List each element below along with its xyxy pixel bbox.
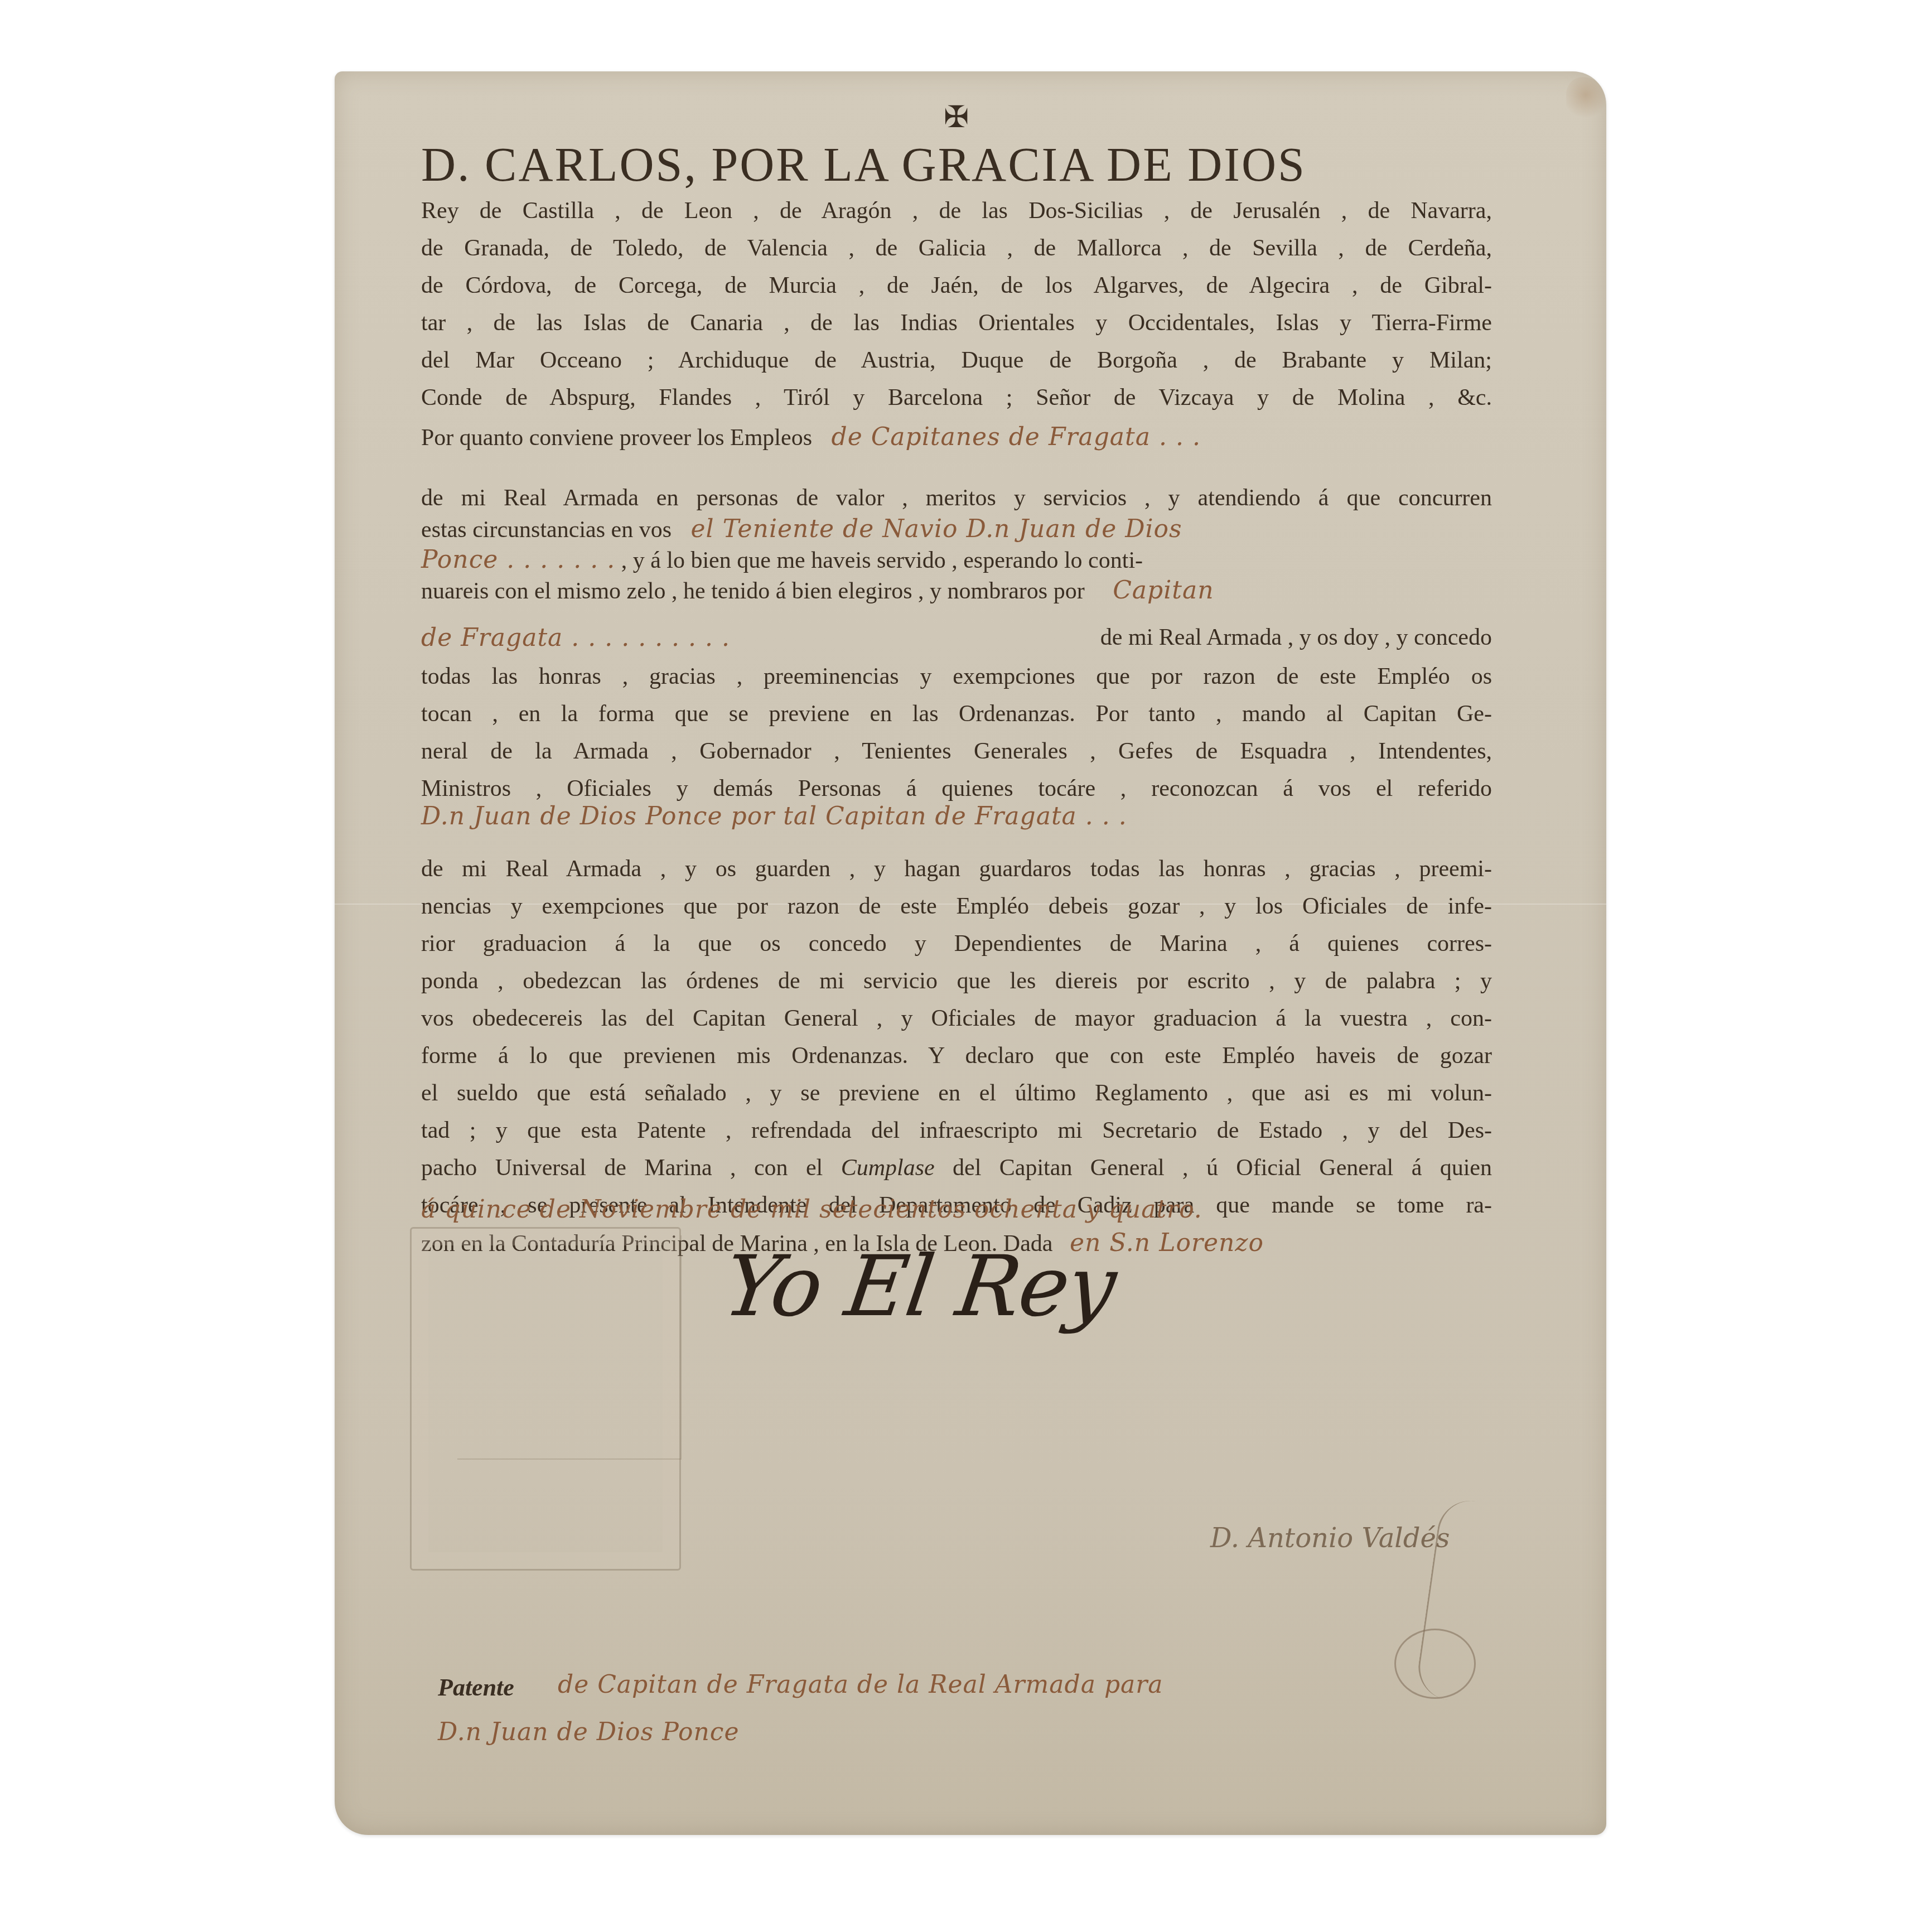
footer-manuscript-line-1: de Capitan de Fragata de la Real Armada … (558, 1670, 1163, 1699)
body-line: el sueldo que está señalado , y se previ… (421, 1075, 1492, 1112)
body-line: todas las honras , gracias , preeminenci… (421, 658, 1492, 695)
body-line: forme á lo que previenen mis Ordenanzas.… (421, 1037, 1492, 1075)
corner-stain (1566, 77, 1605, 122)
intitulation-line: tar , de las Islas de Canaria , de las I… (421, 305, 1492, 342)
maltese-cross-icon: ✠ (944, 99, 969, 134)
printed-text: Por quanto conviene proveer los Empleos (421, 425, 812, 451)
manuscript-date: á quince de Noviembre de mil setecientos… (421, 1195, 1202, 1224)
printed-text: nuareis con el mismo zelo , he tenido á … (421, 578, 1085, 604)
body-line-1: Por quanto conviene proveer los Empleos … (421, 418, 1492, 457)
body-line-6: de Fragata . . . . . . . . . . de mi Rea… (421, 619, 1492, 658)
footer-label: Patente (438, 1673, 514, 1702)
manuscript-rank: de Capitanes de Fragata . . . (832, 423, 1201, 451)
signature-flourish (1394, 1629, 1476, 1699)
intitulation-line: de Granada, de Toledo, de Valencia , de … (421, 230, 1492, 267)
body-line: neral de la Armada , Gobernador , Tenien… (421, 733, 1492, 770)
manuscript-rank: de Fragata . . . . . . . . . . (421, 624, 730, 652)
body-line: tad ; y que esta Patente , refrendada de… (421, 1112, 1492, 1149)
body-line-11: D.n Juan de Dios Ponce por tal Capitan d… (421, 798, 1492, 836)
manuscript-name-rank: D.n Juan de Dios Ponce por tal Capitan d… (421, 802, 1127, 830)
intitulation-line: Rey de Castilla , de Leon , de Aragón , … (421, 192, 1492, 230)
intitulation-line: de Córdova, de Corcega, de Murcia , de J… (421, 267, 1492, 305)
paper-seal-inner (457, 1235, 682, 1460)
printed-text: , y á lo bien que me haveis servido , es… (621, 548, 1143, 573)
body-line: vos obedecereis las del Capitan General … (421, 1000, 1492, 1037)
body-line-5: nuareis con el mismo zelo , he tenido á … (421, 572, 1492, 610)
body-line: pacho Universal de Marina , con el Cumpl… (421, 1149, 1492, 1187)
cumplase-italic: Cumplase (841, 1155, 935, 1181)
manuscript-surname: Ponce . . . . . . . (421, 545, 615, 574)
intitulation-line: Conde de Abspurg, Flandes , Tiról y Barc… (421, 379, 1492, 417)
date-line: á quince de Noviembre de mil setecientos… (421, 1191, 1492, 1229)
body-line: rior graduacion á la que os concedo y De… (421, 925, 1492, 963)
printed-text: pacho Universal de Marina , con el (421, 1155, 823, 1181)
footer-manuscript-line-2: D.n Juan de Dios Ponce (438, 1718, 739, 1746)
body-line: ponda , obedezcan las órdenes de mi serv… (421, 963, 1492, 1000)
royal-signature: Yo El Rey (718, 1238, 1121, 1335)
manuscript-rank: Capitan (1113, 576, 1214, 605)
body-line: nencias y exempciones que por razon de e… (421, 888, 1492, 925)
printed-text: estas circunstancias en vos (421, 517, 672, 543)
manuscript-name: el Teniente de Navio D.n Juan de Dios (691, 515, 1182, 543)
printed-text: del Capitan General , ú Oficial General … (953, 1155, 1492, 1181)
intitulation-line: del Mar Occeano ; Archiduque de Austria,… (421, 342, 1492, 379)
document-title: D. CARLOS, POR LA GRACIA DE DIOS (421, 137, 1492, 192)
intitulation: Rey de Castilla , de Leon , de Aragón , … (421, 192, 1492, 417)
secretary-signature: D. Antonio Valdés (1210, 1523, 1450, 1554)
body-line: tocan , en la forma que se previene en l… (421, 695, 1492, 733)
body-paragraph-b: todas las honras , gracias , preeminenci… (421, 658, 1492, 808)
body-line: de mi Real Armada , y os guarden , y hag… (421, 851, 1492, 888)
printed-text: de mi Real Armada , y os doy , y concedo (1100, 619, 1492, 656)
